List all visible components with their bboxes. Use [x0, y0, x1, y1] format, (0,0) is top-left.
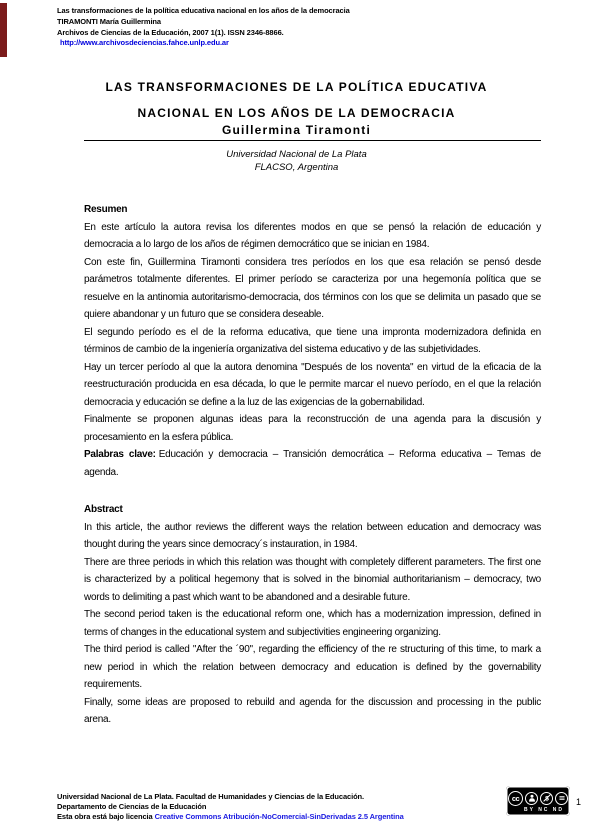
affiliation-institute: FLACSO, Argentina [0, 162, 593, 175]
journal-url-link[interactable]: http://www.archivosdeciencias.fahce.unlp… [57, 38, 229, 47]
paper-title: LAS TRANSFORMACIONES DE LA POLÍTICA EDUC… [0, 74, 593, 126]
keywords-line: Palabras clave:Educación y democracia – … [84, 446, 541, 481]
person-by-icon [525, 792, 538, 805]
cc-badge-labels: BY NC ND [512, 807, 564, 813]
cc-icon: cc [508, 791, 523, 806]
affiliation: Universidad Nacional de La Plata FLACSO,… [0, 149, 593, 174]
abstract-paragraph: Finally, some ideas are proposed to rebu… [84, 694, 541, 729]
abstract-paragraph: The third period is called "After the ´9… [84, 641, 541, 694]
footer-license-line: Esta obra está bajo licencia Creative Co… [57, 812, 404, 822]
paper-title-line1: LAS TRANSFORMACIONES DE LA POLÍTICA EDUC… [0, 74, 593, 100]
abstract-paragraph: The second period taken is the education… [84, 606, 541, 641]
resumen-paragraph: Finalmente se proponen algunas ideas par… [84, 411, 541, 446]
author-divider-rule [84, 140, 541, 141]
paper-page: Las transformaciones de la política educ… [0, 0, 593, 839]
keywords-label: Palabras clave: [84, 449, 156, 460]
footer-department: Departamento de Ciencias de la Educación [57, 802, 404, 812]
abstract-paragraph: There are three periods in which this re… [84, 554, 541, 607]
citation-author: TIRAMONTI María Guillermina [57, 17, 350, 28]
author-name: Guillermina Tiramonti [0, 123, 593, 137]
citation-title: Las transformaciones de la política educ… [57, 6, 350, 17]
resumen-heading: Resumen [84, 201, 541, 219]
resumen-paragraph: En este artículo la autora revisa los di… [84, 219, 541, 254]
equals-nd-icon [555, 792, 568, 805]
resumen-paragraph: Hay un tercer período al que la autora d… [84, 359, 541, 412]
page-number: 1 [576, 797, 581, 807]
footer: Universidad Nacional de La Plata. Facult… [57, 792, 404, 821]
left-accent-bar [0, 3, 7, 57]
citation-journal: Archivos de Ciencias de la Educación, 20… [57, 28, 350, 39]
resumen-paragraph: Con este fin, Guillermina Tiramonti cons… [84, 254, 541, 324]
abstract-heading: Abstract [84, 501, 541, 519]
citation-header: Las transformaciones de la política educ… [57, 6, 350, 49]
license-link[interactable]: Creative Commons Atribución-NoComercial-… [155, 812, 404, 821]
resumen-paragraph: El segundo período es el de la reforma e… [84, 324, 541, 359]
footer-license-prefix: Esta obra está bajo licencia [57, 812, 155, 821]
footer-institution: Universidad Nacional de La Plata. Facult… [57, 792, 404, 802]
cc-license-badge[interactable]: cc $ BY NC ND [506, 786, 570, 816]
cc-icon-row: cc $ [508, 791, 568, 806]
abstract-paragraph: In this article, the author reviews the … [84, 519, 541, 554]
no-dollar-nc-icon: $ [540, 792, 553, 805]
article-body: Resumen En este artículo la autora revis… [84, 201, 541, 729]
affiliation-university: Universidad Nacional de La Plata [0, 149, 593, 162]
